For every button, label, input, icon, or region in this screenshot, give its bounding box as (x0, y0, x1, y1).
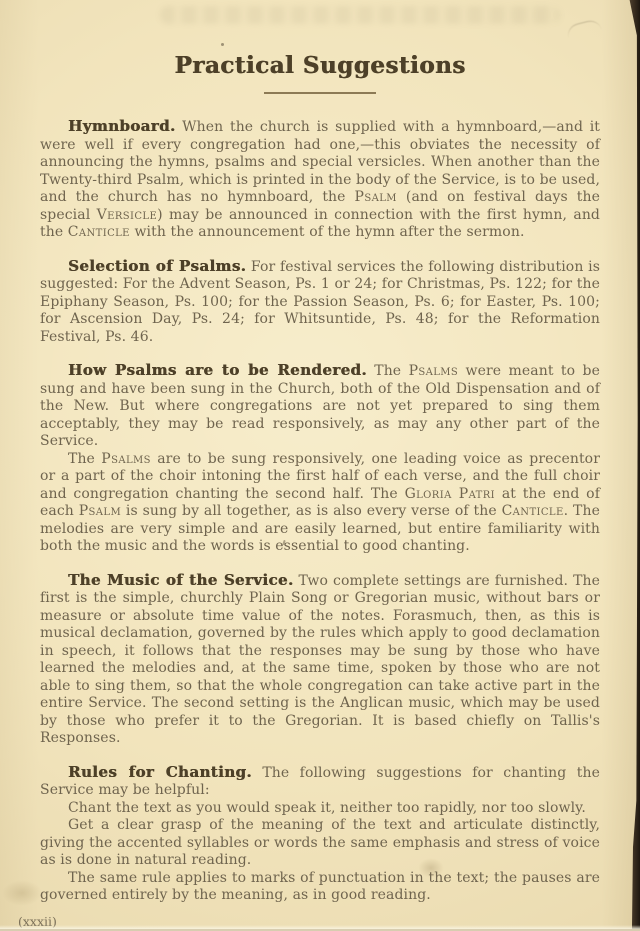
text-run: The (68, 451, 101, 467)
page-body: Hymnboard. When the church is supplied w… (40, 118, 600, 905)
text-run: Get a clear grasp of the meaning of the … (40, 817, 600, 868)
title-divider (264, 92, 376, 94)
section-paragraph: Hymnboard. When the church is supplied w… (40, 118, 600, 242)
small-caps-term: Versicle (97, 207, 158, 223)
small-caps-term: Canticle (68, 224, 130, 240)
text-run: Two complete settings are furnished. The… (40, 573, 600, 747)
scan-edge-bottom (0, 925, 640, 931)
paper-smudge (2, 880, 42, 906)
small-caps-term: Psalm (355, 189, 397, 205)
ink-speck (221, 43, 224, 46)
section-paragraph: The Music of the Service. Two complete s… (40, 572, 600, 748)
paragraph: The Psalms are to be sung responsively, … (40, 451, 600, 556)
small-caps-term: Psalms (409, 363, 459, 379)
section-heading: Hymnboard. (68, 117, 176, 135)
paper-smudge (418, 858, 444, 878)
text-run: with the announcement of the hymn after … (130, 224, 525, 240)
scan-edge-right (627, 0, 640, 931)
section-paragraph: Rules for Chanting. The following sugges… (40, 764, 600, 800)
text-run: is sung by all together, as is also ever… (121, 503, 501, 519)
bleedthrough-ghost-text (160, 6, 560, 24)
small-caps-term: Gloria Patri (405, 486, 495, 502)
section-paragraph: Selection of Psalms. For festival servic… (40, 258, 600, 347)
small-caps-term: Psalms (101, 451, 151, 467)
section-paragraph: How Psalms are to be Rendered. The Psalm… (40, 362, 600, 451)
section-heading: The Music of the Service. (68, 571, 294, 589)
paragraph: Get a clear grasp of the meaning of the … (40, 817, 600, 870)
paragraph: The same rule applies to marks of punctu… (40, 870, 600, 905)
text-run: The same rule applies to marks of punctu… (40, 870, 600, 904)
section-heading: How Psalms are to be Rendered. (68, 361, 367, 379)
text-run: The (367, 363, 409, 379)
book-page: Practical Suggestions Hymnboard. When th… (0, 0, 640, 931)
section-heading: Rules for Chanting. (68, 763, 252, 781)
small-caps-term: Psalm (79, 503, 121, 519)
small-caps-term: Canticle (502, 503, 564, 519)
text-run: Chant the text as you would speak it, ne… (68, 800, 586, 816)
section-heading: Selection of Psalms. (68, 257, 246, 275)
paragraph: Chant the text as you would speak it, ne… (40, 800, 600, 818)
